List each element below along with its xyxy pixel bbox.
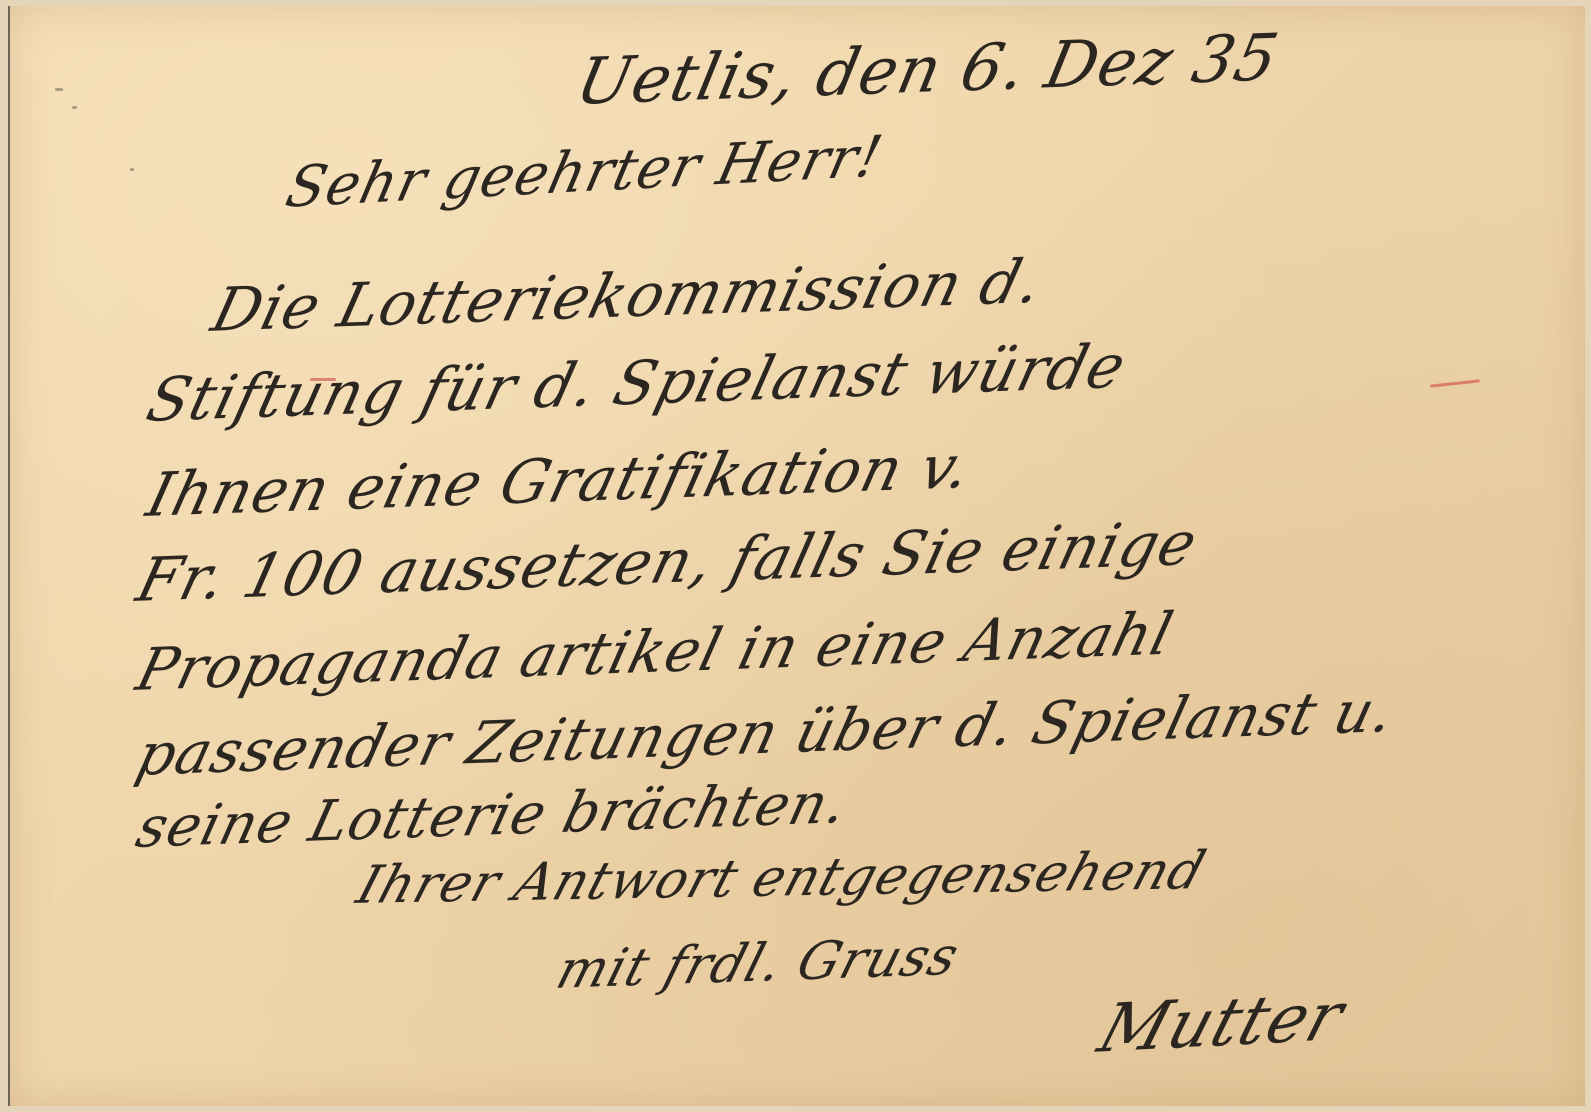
salutation: Sehr geehrter Herr! (280, 124, 889, 221)
closing-line: Ihrer Antwort entgegensehend (350, 841, 1213, 916)
ink-speck (130, 168, 134, 171)
body-line: Die Lotteriekommission d. (205, 246, 1050, 346)
faded-printed-header (130, 26, 550, 66)
body-line: Propaganda artikel in eine Anzahl (130, 599, 1180, 704)
ink-speck (55, 88, 63, 91)
body-line: Ihnen eine Gratifikation v. (140, 432, 978, 531)
postcard: Uetlis, den 6. Dez 35 Sehr geehrter Herr… (8, 6, 1585, 1106)
place-and-date: Uetlis, den 6. Dez 35 (570, 21, 1285, 120)
signature: Mutter (1090, 977, 1353, 1068)
closing-line: mit frdl. Gruss (550, 926, 966, 1001)
body-line: Stiftung für d. Spielanst würde (140, 331, 1133, 436)
red-pencil-mark (1430, 379, 1480, 387)
ink-speck (72, 106, 77, 109)
